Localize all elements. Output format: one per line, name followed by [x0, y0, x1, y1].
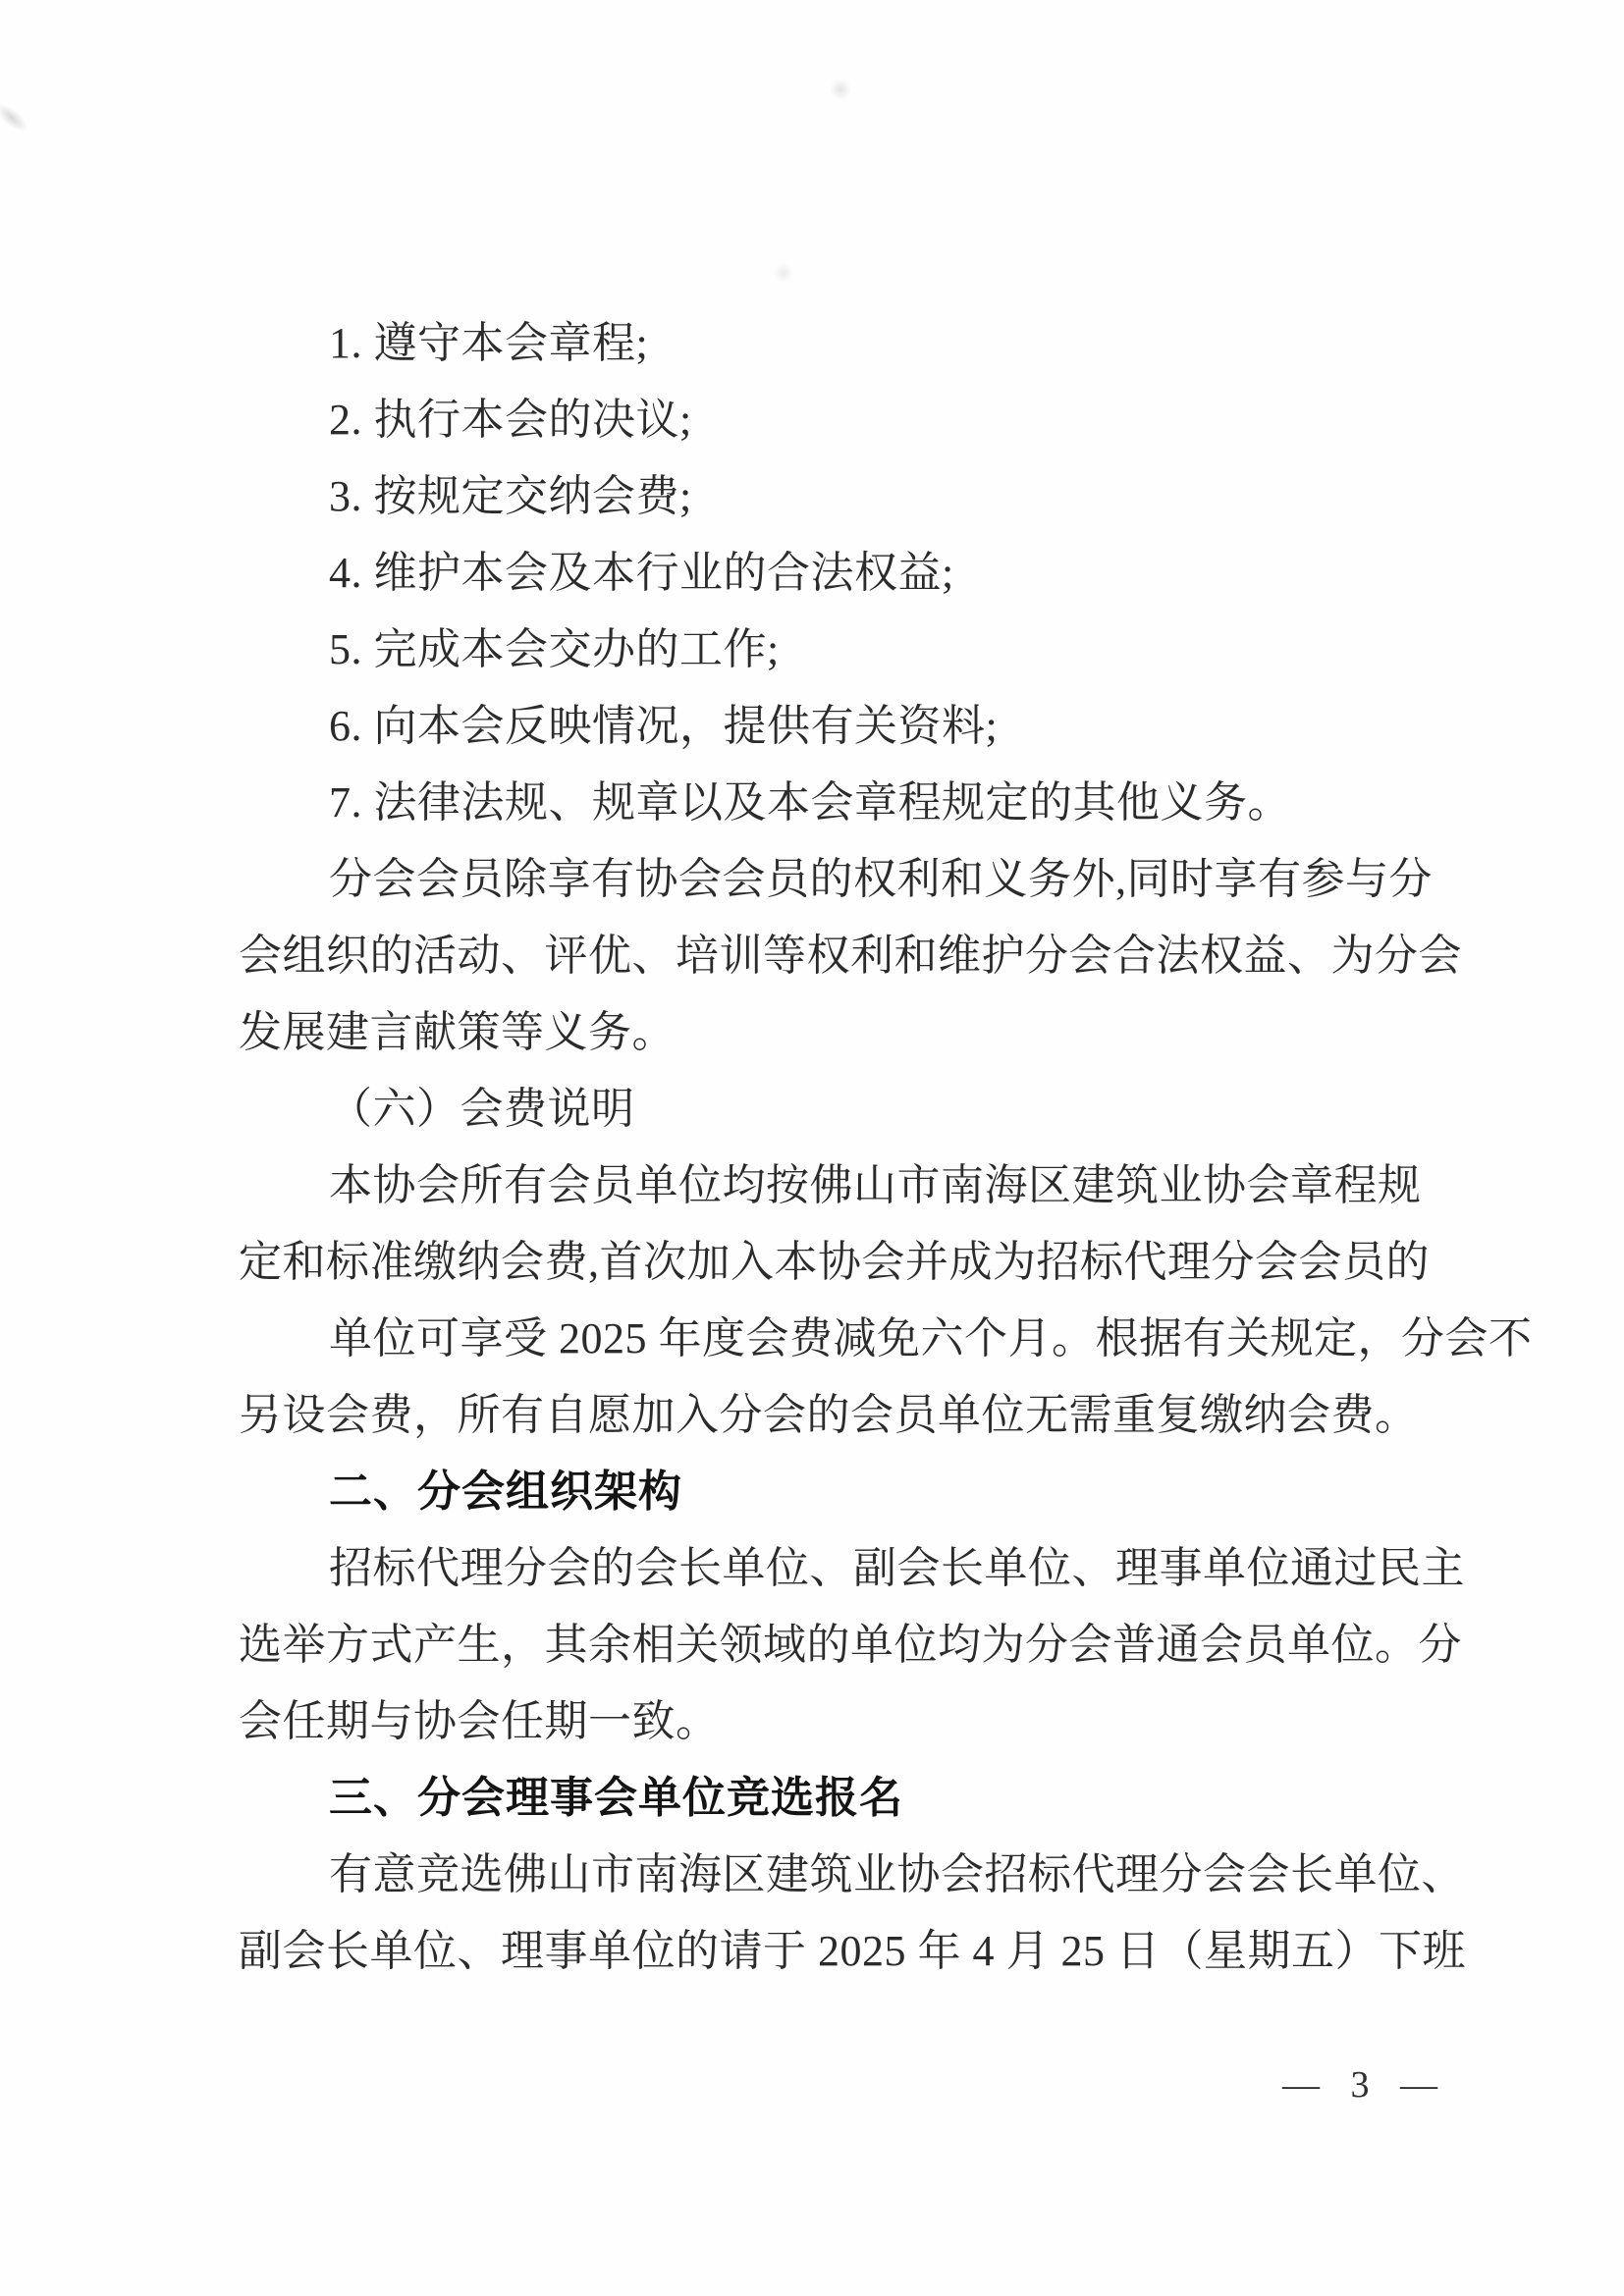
document-line: 招标代理分会的会长单位、副会长单位、理事单位通过民主	[239, 1530, 1486, 1607]
document-line: 1. 遵守本会章程;	[239, 305, 1486, 382]
document-line: 3. 按规定交纳会费;	[239, 458, 1486, 535]
section-heading: 三、分会理事会单位竞选报名	[239, 1760, 1486, 1837]
document-line: 4. 维护本会及本行业的合法权益;	[239, 535, 1486, 612]
document-line: 本协会所有会员单位均按佛山市南海区建筑业协会章程规	[239, 1148, 1486, 1224]
document-line: （六）会费说明	[239, 1071, 1486, 1148]
document-line: 单位可享受 2025 年度会费减免六个月。根据有关规定，分会不	[239, 1301, 1486, 1377]
document-line: 有意竞选佛山市南海区建筑业协会招标代理分会会长单位、	[239, 1837, 1486, 1913]
scan-speck	[830, 79, 851, 100]
document-line: 6. 向本会反映情况，提供有关资料;	[239, 688, 1486, 765]
document-line: 另设会费，所有自愿加入分会的会员单位无需重复缴纳会费。	[239, 1377, 1486, 1454]
document-line: 发展建言献策等义务。	[239, 994, 1486, 1071]
document-line: 7. 法律法规、规章以及本会章程规定的其他义务。	[239, 765, 1486, 841]
document-line: 2. 执行本会的决议;	[239, 382, 1486, 458]
document-page: 1. 遵守本会章程;2. 执行本会的决议;3. 按规定交纳会费;4. 维护本会及…	[0, 0, 1624, 2296]
section-heading: 二、分会组织架构	[239, 1454, 1486, 1530]
document-body: 1. 遵守本会章程;2. 执行本会的决议;3. 按规定交纳会费;4. 维护本会及…	[239, 305, 1486, 1990]
scan-speck	[774, 263, 793, 283]
scan-smudge	[0, 99, 31, 136]
document-line: 会任期与协会任期一致。	[239, 1683, 1486, 1760]
document-line: 分会会员除享有协会会员的权利和义务外,同时享有参与分	[239, 841, 1486, 918]
document-line: 5. 完成本会交办的工作;	[239, 612, 1486, 688]
document-line: 选举方式产生，其余相关领域的单位均为分会普通会员单位。分	[239, 1607, 1486, 1683]
document-line: 会组织的活动、评优、培训等权利和维护分会合法权益、为分会	[239, 918, 1486, 994]
document-line: 副会长单位、理事单位的请于 2025 年 4 月 25 日（星期五）下班	[239, 1913, 1486, 1990]
document-line: 定和标准缴纳会费,首次加入本协会并成为招标代理分会会员的	[239, 1224, 1486, 1301]
page-number: — 3 —	[1282, 2061, 1437, 2109]
